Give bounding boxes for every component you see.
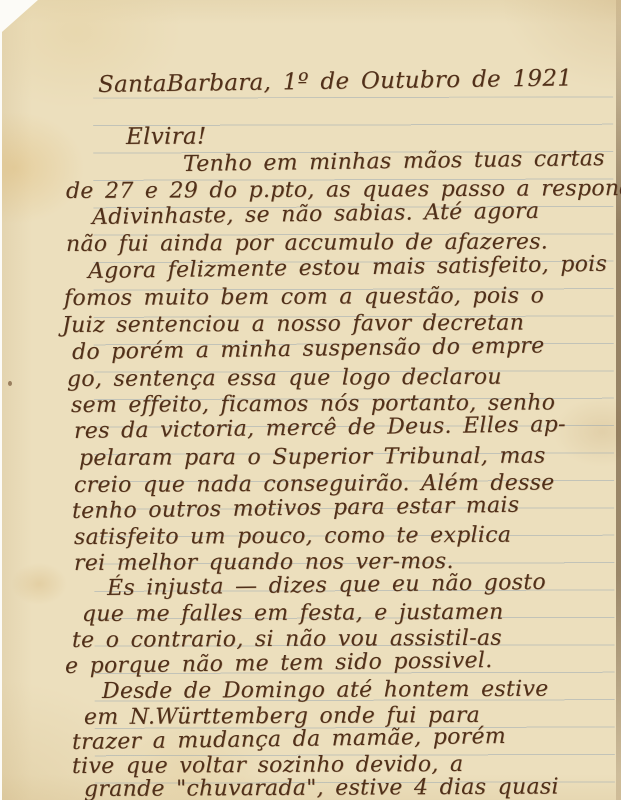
letter-line: que me falles em festa, e justamen — [82, 600, 504, 627]
ink-speck — [8, 381, 12, 386]
scanned-letter-page: SantaBarbara, 1º de Outubro de 1921 Elvi… — [0, 0, 621, 800]
letter-line: Desde de Domingo até hontem estive — [102, 677, 549, 704]
letter-line: pelaram para o Superior Tribunal, mas — [79, 444, 546, 471]
letter-line: grande "chuvarada", estive 4 dias quasi — [84, 775, 559, 800]
letter-line: fomos muito bem com a questão, pois o — [64, 283, 544, 311]
letter-line: satisfeito um pouco, como te explica — [74, 523, 511, 550]
letter-line: go, sentença essa que logo declarou — [67, 365, 502, 392]
salutation: Elvira! — [126, 124, 207, 150]
page-right-edge — [616, 0, 621, 800]
